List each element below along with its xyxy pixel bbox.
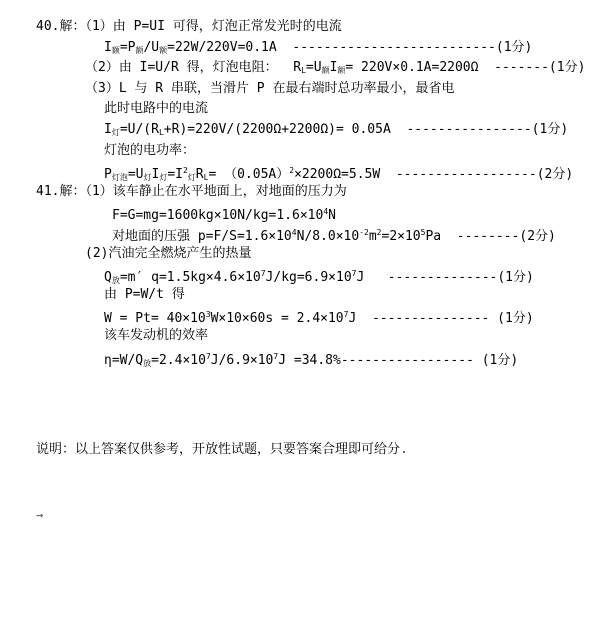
text-segment: R <box>196 167 204 182</box>
text-segment: J/kg=6.9×10 <box>266 270 352 285</box>
answer-40-step2-resistance: （2）由 I=U/R 得，灯泡电阻： RL=U额I额= 220V×0.1A=22… <box>0 58 595 79</box>
text-segment: Pa <box>425 229 456 244</box>
answer-41-step2-header: (2)汽油完全燃烧产生的热量 <box>0 244 595 265</box>
text-segment: W×10×60s = 2.4×10 <box>211 311 344 326</box>
superscript: -2 <box>359 228 369 237</box>
text-segment: Q <box>104 270 112 285</box>
text-segment: /U <box>143 40 159 55</box>
efficiency-label: 该车发动机的效率 <box>0 326 595 347</box>
subscript: 额 <box>112 46 120 55</box>
subscript: 灯 <box>188 173 196 182</box>
text-segment: N/8.0×10 <box>297 229 360 244</box>
text-segment: =U/(R <box>120 122 159 137</box>
text-segment: I <box>104 40 112 55</box>
text-segment: J/6.9×10 <box>211 353 274 368</box>
text-segment: ------------------(2分) <box>396 167 573 182</box>
text-segment: --------------------------(1分) <box>292 40 532 55</box>
text-segment: =P <box>120 40 136 55</box>
text-segment: 41.解：（1）该车静止在水平地面上，对地面的压力为 <box>36 184 347 199</box>
subscript: 灯 <box>112 128 120 137</box>
formula-heat-released: Q放=m′ q=1.5kg×4.6×107J/kg=6.9×107J -----… <box>0 264 595 285</box>
text-segment: 对地面的压强 p=F/S=1.6×10 <box>112 229 292 244</box>
text-segment: 该车发动机的效率 <box>104 328 208 343</box>
answer-40-step1-header: 40.解：（1）由 P=UI 可得，灯泡正常发光时的电流 <box>0 17 595 38</box>
text-segment: =m′ q=1.5kg×4.6×10 <box>120 270 261 285</box>
text-segment: 40.解：（1）由 P=UI 可得，灯泡正常发光时的电流 <box>36 19 342 34</box>
text-segment: m <box>369 229 377 244</box>
text-segment: ----------------- (1分) <box>341 353 518 368</box>
text-segment: = （0.05A） <box>208 167 289 182</box>
text-segment: ×2200Ω=5.5W <box>294 167 396 182</box>
text-segment: --------------- (1分) <box>372 311 534 326</box>
text-segment: =I <box>167 167 183 182</box>
text-segment: N <box>328 208 336 223</box>
formula-weight: F=G=mg=1600kg×10N/kg=1.6×104N <box>0 202 595 223</box>
text-segment: (2)汽油完全燃烧产生的热量 <box>85 246 251 261</box>
subscript: 放 <box>112 276 120 285</box>
text-segment: （2）由 I=U/R 得，灯泡电阻： R <box>85 60 301 75</box>
text-segment: P <box>104 167 112 182</box>
text-segment: = 220V×0.1A=2200Ω <box>345 60 494 75</box>
subscript: 额 <box>322 66 330 75</box>
text-segment: W = Pt= 40×10 <box>104 311 206 326</box>
answers-section: 40.解：（1）由 P=UI 可得，灯泡正常发光时的电流I额=P额/U额=22W… <box>0 0 595 367</box>
note-line: 说明：以上答案仅供参考，开放性试题，只要答案合理即可给分. <box>0 440 595 461</box>
text-segment: ----------------(1分) <box>406 122 568 137</box>
text-segment: （3）L 与 R 串联，当滑片 P 在最右端时总功率最小，最省电 <box>85 81 454 96</box>
formula-lamp-power: P灯泡=U灯I灯=I2灯RL= （0.05A）2×2200Ω=5.5W ----… <box>0 161 595 182</box>
formula-pressure: 对地面的压强 p=F/S=1.6×104N/8.0×10-2m2=2×105Pa… <box>0 223 595 244</box>
text-segment: J <box>348 311 371 326</box>
answer-40-step3-header: （3）L 与 R 串联，当滑片 P 在最右端时总功率最小，最省电 <box>0 79 595 100</box>
text-segment: -------(1分) <box>494 60 585 75</box>
text-segment: =2.4×10 <box>151 353 206 368</box>
circuit-current-label: 此时电路中的电流 <box>0 99 595 120</box>
formula-efficiency: η=W/Q放=2.4×107J/6.9×107J =34.8%---------… <box>0 347 595 368</box>
text-segment: =U <box>128 167 144 182</box>
text-segment: I <box>104 122 112 137</box>
text-segment: 此时电路中的电流 <box>104 101 208 116</box>
subscript: 额 <box>159 46 167 55</box>
formula-work: W = Pt= 40×103W×10×60s = 2.4×107J ------… <box>0 305 595 326</box>
lamp-power-label: 灯泡的电功率： <box>0 141 595 162</box>
text-segment: . <box>400 442 408 457</box>
text-segment: J =34.8% <box>278 353 341 368</box>
text-segment: 由 P=W/t 得 <box>104 287 185 302</box>
power-relation-label: 由 P=W/t 得 <box>0 285 595 306</box>
text-segment: η=W/Q <box>104 353 143 368</box>
text-segment: --------------(1分) <box>388 270 534 285</box>
text-segment: J <box>356 270 387 285</box>
text-segment: F=G=mg=1600kg×10N/kg=1.6×10 <box>112 208 323 223</box>
text-segment: =U <box>306 60 322 75</box>
text-segment: +R)=220V/(2200Ω+2200Ω)= 0.05A <box>164 122 407 137</box>
formula-circuit-current: I灯=U/(RL+R)=220V/(2200Ω+2200Ω)= 0.05A --… <box>0 120 595 141</box>
paragraph-mark: → <box>0 505 595 526</box>
text-segment: 灯泡的电功率： <box>104 143 195 158</box>
document-page: 40.解：（1）由 P=UI 可得，灯泡正常发光时的电流I额=P额/U额=22W… <box>0 0 595 644</box>
formula-rated-current: I额=P额/U额=22W/220V=0.1A -----------------… <box>0 38 595 59</box>
answer-41-step1-header: 41.解：（1）该车静止在水平地面上，对地面的压力为 <box>0 182 595 203</box>
subscript: 放 <box>143 359 151 368</box>
text-segment: --------(2分) <box>457 229 556 244</box>
text-segment: =22W/220V=0.1A <box>167 40 292 55</box>
subscript: 灯泡 <box>112 173 128 182</box>
text-segment: =2×10 <box>382 229 421 244</box>
text-segment: 说明：以上答案仅供参考，开放性试题，只要答案合理即可给分 <box>36 442 400 457</box>
